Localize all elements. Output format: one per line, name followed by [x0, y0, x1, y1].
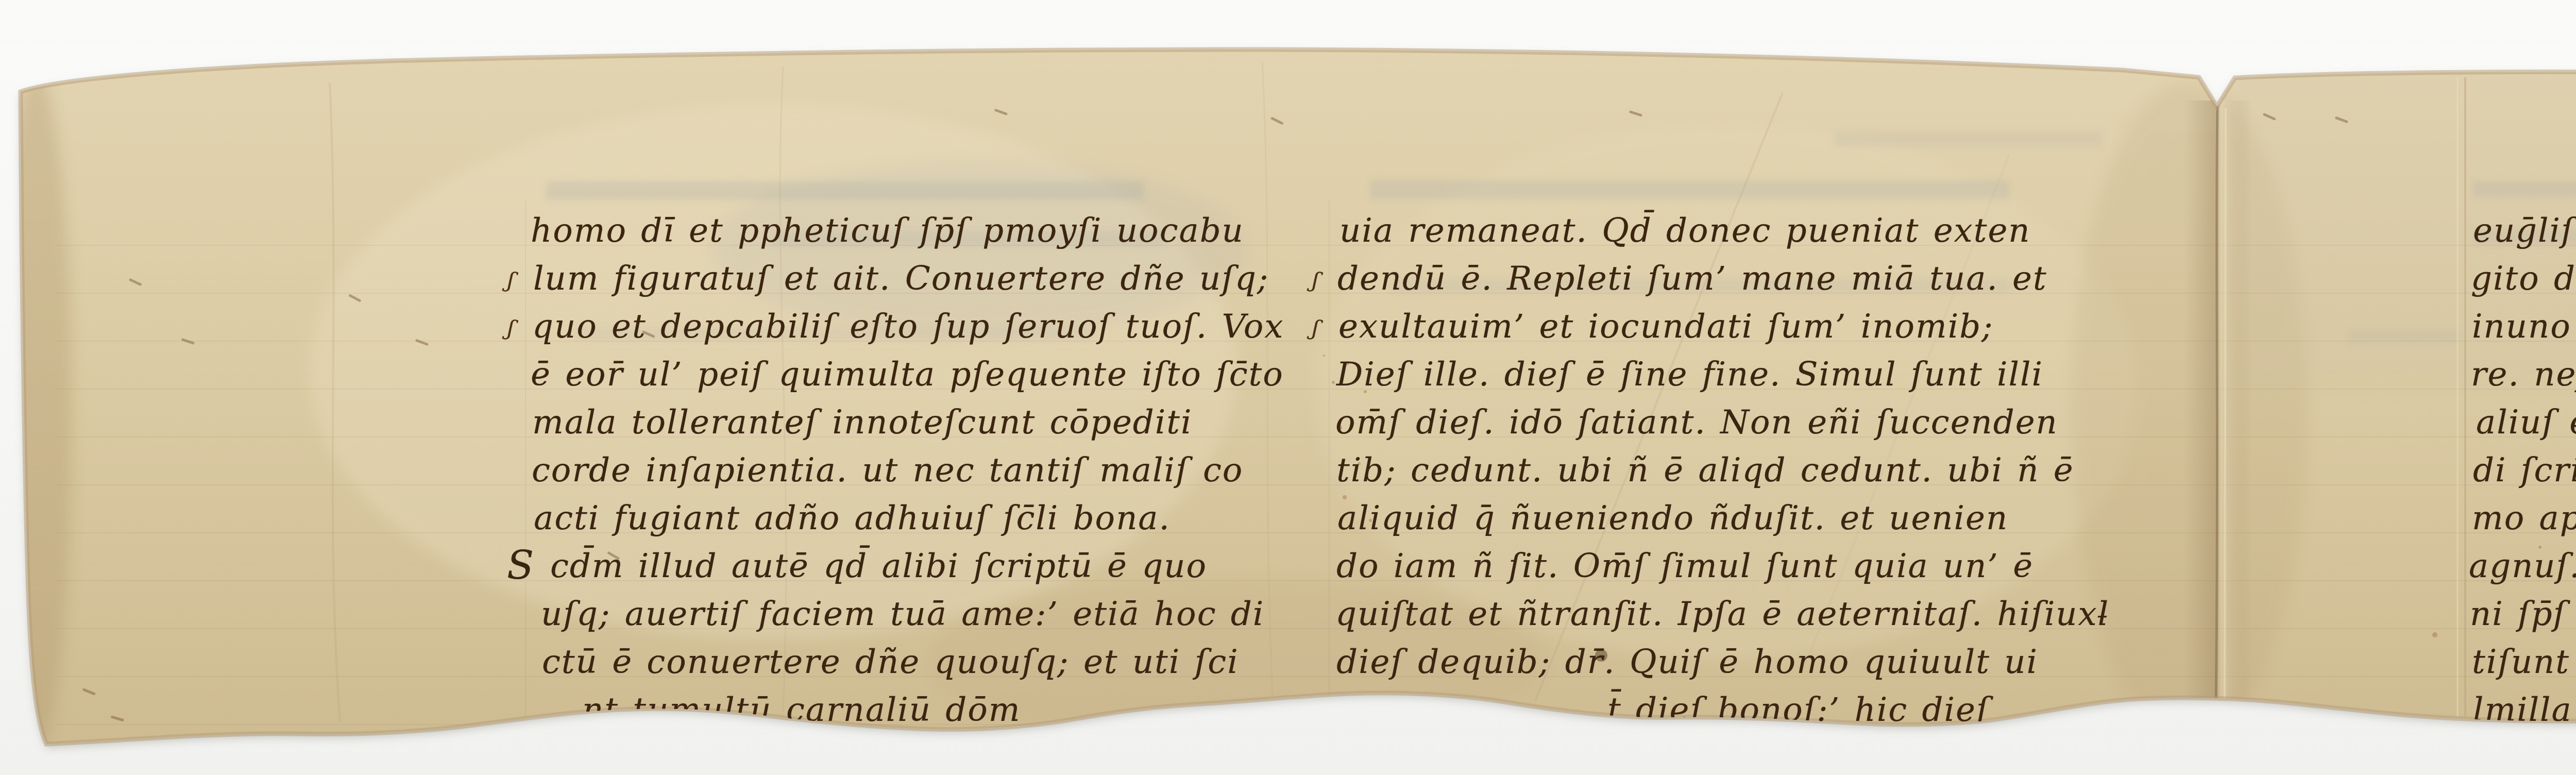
- manuscript-line: Dieſ ille. dieſ ē ſine fine. Simul ſunt …: [1336, 358, 2043, 391]
- manuscript-line: di ſcripta: [2473, 454, 2576, 487]
- manuscript-line: agnuſ. Di: [2469, 550, 2576, 583]
- manuscript-line: gito dī eic: [2471, 262, 2576, 295]
- manuscript-line: uia remaneat. Qd̄ donec pueniat exten: [1340, 214, 2030, 247]
- manuscript-line: lum figuratuſ et ait. Conuertere dñe uſq…: [533, 262, 1269, 295]
- manuscript-line: om̄ſ dieſ. idō ſatiant. Non eñi ſuccende…: [1335, 406, 2058, 439]
- manuscript-line: quo et depcabiliſ eſto ſup ſeruoſ tuoſ. …: [532, 310, 1284, 343]
- margin-citation-mark: ʃ: [506, 315, 516, 341]
- manuscript-line: ē eor̄ ul’ peiſ quimulta pſequente iſto …: [531, 358, 1284, 391]
- manuscript-line: ni ſp̄ſ ſc̄ſ u: [2470, 598, 2576, 631]
- manuscript-line: quiſtat et ñtranſit. Ipſa ē aeternitaſ. …: [1335, 598, 2109, 631]
- margin-initial-letter: S: [507, 542, 534, 588]
- manuscript-line: inuno ap: [2472, 310, 2576, 343]
- margin-citation-mark: ʃ: [1311, 267, 1321, 293]
- manuscript-line: dendū ē. Repleti ſum’ mane miā tua. et: [1337, 262, 2047, 295]
- scan-background: ʃ ʃ S homo dī et ppheticuſ ſp̄ſ pmoyſi u…: [0, 0, 2576, 775]
- manuscript-line: acti fugiant adño adhuiuſ ſc̄li bona.: [534, 502, 1171, 535]
- manuscript-line: aliquid q̄ ñueniendo ñduſit. et uenien: [1337, 502, 2008, 535]
- text-layer: ʃ ʃ S homo dī et ppheticuſ ſp̄ſ pmoyſi u…: [0, 0, 2576, 775]
- manuscript-line: cd̄m illud autē qd̄ alibi ſcriptū ē quo: [550, 550, 1207, 583]
- margin-citation-mark: ʃ: [1311, 315, 1321, 341]
- manuscript-line: ctū ē conuertere dñe quouſq; et uti ſci: [542, 646, 1239, 679]
- manuscript-line: homo dī et ppheticuſ ſp̄ſ pmoyſi uocabu: [531, 214, 1244, 247]
- manuscript-line: dieſ dequib; dr̄. Quiſ ē homo quiuult ui: [1336, 646, 2038, 679]
- manuscript-line: euḡliſta c: [2473, 214, 2576, 247]
- manuscript-line: tiſunt qu: [2472, 646, 2576, 679]
- manuscript-line: mala tolleranteſ innoteſcunt cōpediti: [532, 406, 1192, 439]
- manuscript-line: mo apaſſ: [2472, 502, 2576, 535]
- manuscript-line: tib; cedunt. ubi ñ ē aliqd cedunt. ubi ñ…: [1336, 454, 2074, 487]
- manuscript-line: aliuſ eug: [2476, 406, 2576, 439]
- manuscript-line: re. neſcieb: [2471, 358, 2576, 391]
- manuscript-line: do iam ñ ſit. Om̄ſ ſimul ſunt quia un’ ē: [1336, 550, 2033, 583]
- manuscript-line: corde inſapientia. ut nec tantiſ maliſ c…: [532, 454, 1243, 487]
- manuscript-line: exultauim’ et iocundati ſum’ inomib;: [1338, 310, 1994, 343]
- manuscript-line: uſq; auertiſ faciem tuā ame:’ etiā hoc d…: [541, 598, 1264, 631]
- margin-citation-mark: ʃ: [506, 267, 516, 293]
